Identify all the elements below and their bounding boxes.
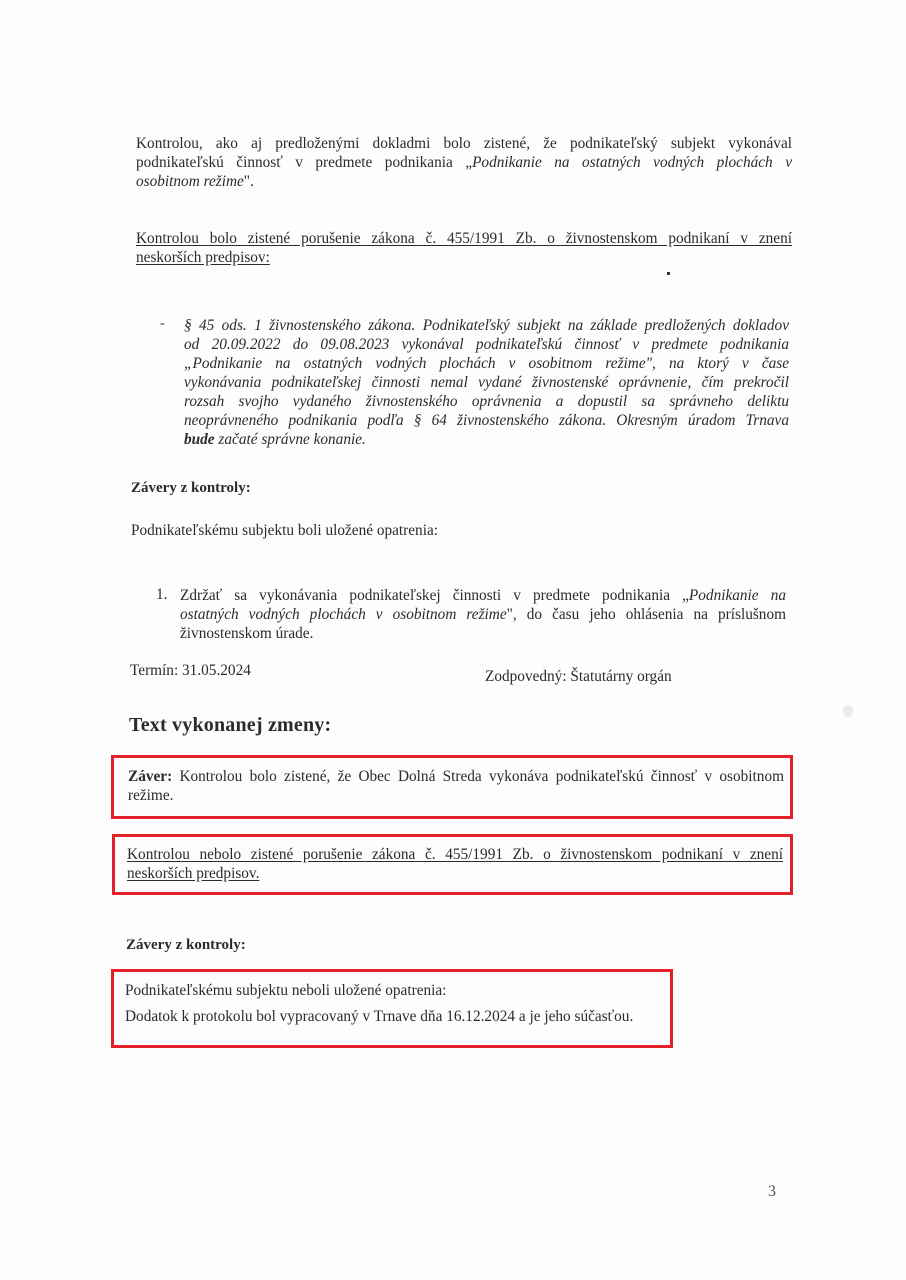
intro-line-1: Kontrolou, ako aj predloženými dokladmi … [136, 134, 792, 153]
bullet-paragraph: § 45 ods. 1 živnostenského zákona. Podni… [184, 316, 789, 449]
deadline: Termín: 31.05.2024 [130, 661, 251, 680]
measure-paragraph: Zdržať sa vykonávania podnikateľskej čin… [180, 586, 786, 643]
change-conclusion: Záver: Kontrolou bolo zistené, že Obec D… [128, 767, 784, 805]
bullet-marker: - [160, 316, 165, 332]
conclusions-heading: Závery z kontroly: [131, 480, 251, 497]
measures-intro: Podnikateľskému subjektu boli uložené op… [131, 521, 438, 540]
scan-smudge [843, 705, 853, 717]
responsible: Zodpovedný: Štatutárny orgán [485, 667, 672, 686]
violation-heading: Kontrolou bolo zistené porušenie zákona … [136, 229, 792, 267]
intro-line-3: osobitnom režime". [136, 172, 792, 191]
intro-line-2: podnikateľskú činnosť v predmete podnika… [136, 153, 792, 172]
page-number: 3 [768, 1183, 776, 1201]
change-no-violation: Kontrolou nebolo zistené porušenie zákon… [127, 845, 783, 883]
conclusions-heading-2: Závery z kontroly: [126, 937, 246, 954]
change-measures: Podnikateľskému subjektu neboli uložené … [125, 981, 665, 1026]
intro-paragraph: Kontrolou, ako aj predloženými dokladmi … [136, 134, 792, 191]
change-heading: Text vykonanej zmeny: [129, 714, 331, 737]
measure-number: 1. [156, 586, 167, 604]
scan-speck [667, 272, 670, 275]
